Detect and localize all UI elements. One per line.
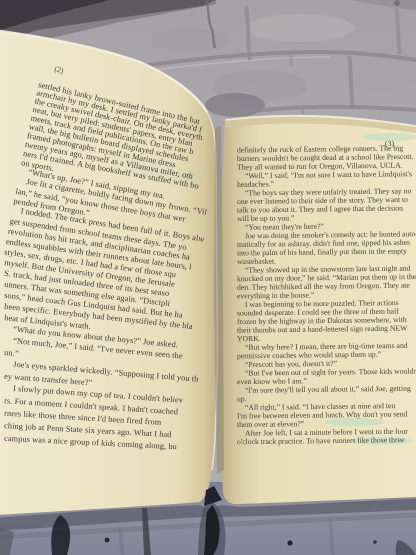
wall-spot <box>394 0 400 6</box>
wall-texture-shade <box>350 68 410 92</box>
wall-spot <box>287 540 292 545</box>
wall-spot <box>105 538 110 543</box>
wall-texture-shade <box>150 28 230 52</box>
book-line: un.” <box>4 348 19 358</box>
book-photo: (2) settled his lanky brown-suited frame… <box>0 0 416 555</box>
wall-stain <box>246 18 298 38</box>
mortar-line-vertical <box>330 518 333 555</box>
wall-spot <box>373 540 377 544</box>
mortar-line-vertical <box>120 528 123 555</box>
